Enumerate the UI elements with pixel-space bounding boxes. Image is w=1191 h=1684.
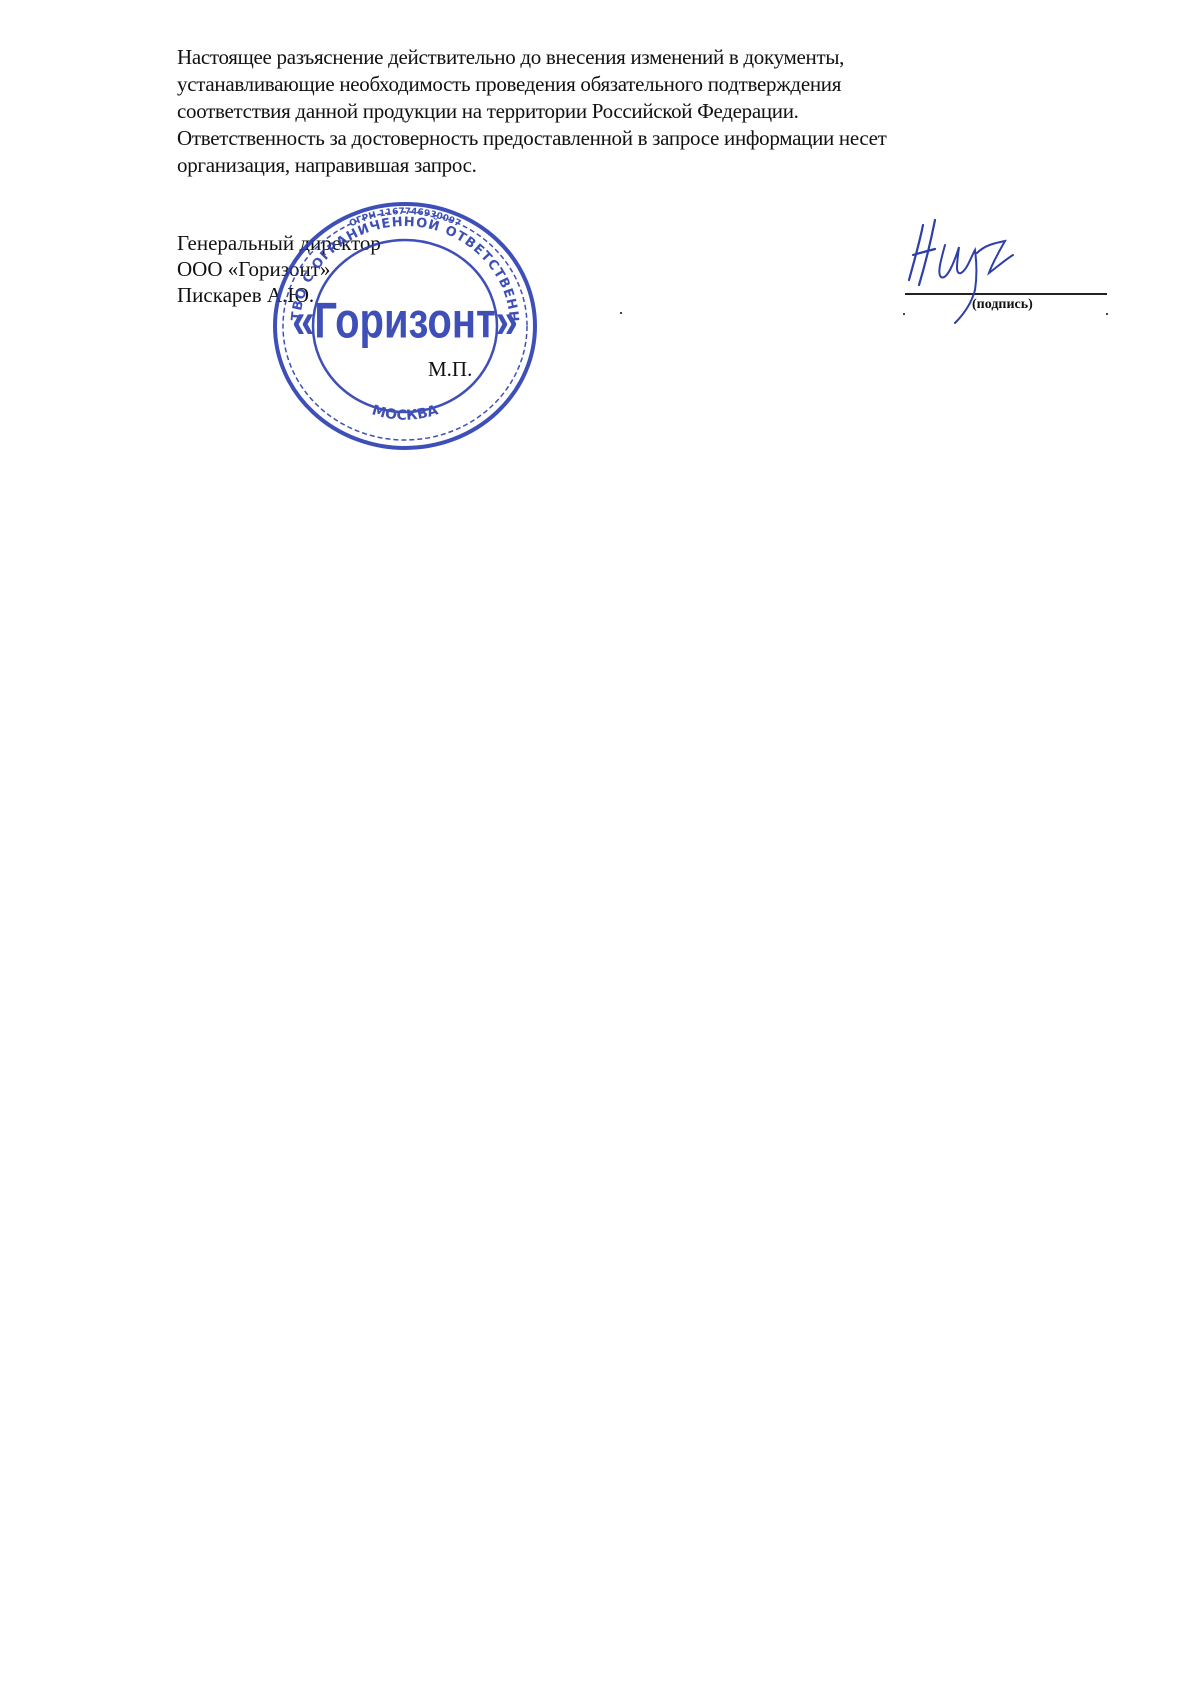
paragraph-line: устанавливающие необходимость проведения… <box>177 71 1057 98</box>
company-stamp-icon: ОБЩЕСТВО С ОГРАНИЧЕННОЙ ОТВЕТСТВЕННОСТЬЮ… <box>270 200 540 452</box>
paragraph-line: организация, направившая запрос. <box>177 152 1057 179</box>
disclaimer-paragraph: Настоящее разъяснение действительно до в… <box>177 44 1057 179</box>
svg-text:МОСКВА: МОСКВА <box>370 402 440 424</box>
document-page: Настоящее разъяснение действительно до в… <box>0 0 1191 1684</box>
paragraph-line: Настоящее разъяснение действительно до в… <box>177 44 1057 71</box>
paragraph-line: соответствия данной продукции на террито… <box>177 98 1057 125</box>
scan-artifact <box>1106 313 1108 315</box>
stamp-center-text: «Горизонт» <box>292 292 518 348</box>
paragraph-line: Ответственность за достоверность предост… <box>177 125 1057 152</box>
handwritten-signature-icon <box>905 215 1035 325</box>
scan-artifact <box>620 312 622 314</box>
